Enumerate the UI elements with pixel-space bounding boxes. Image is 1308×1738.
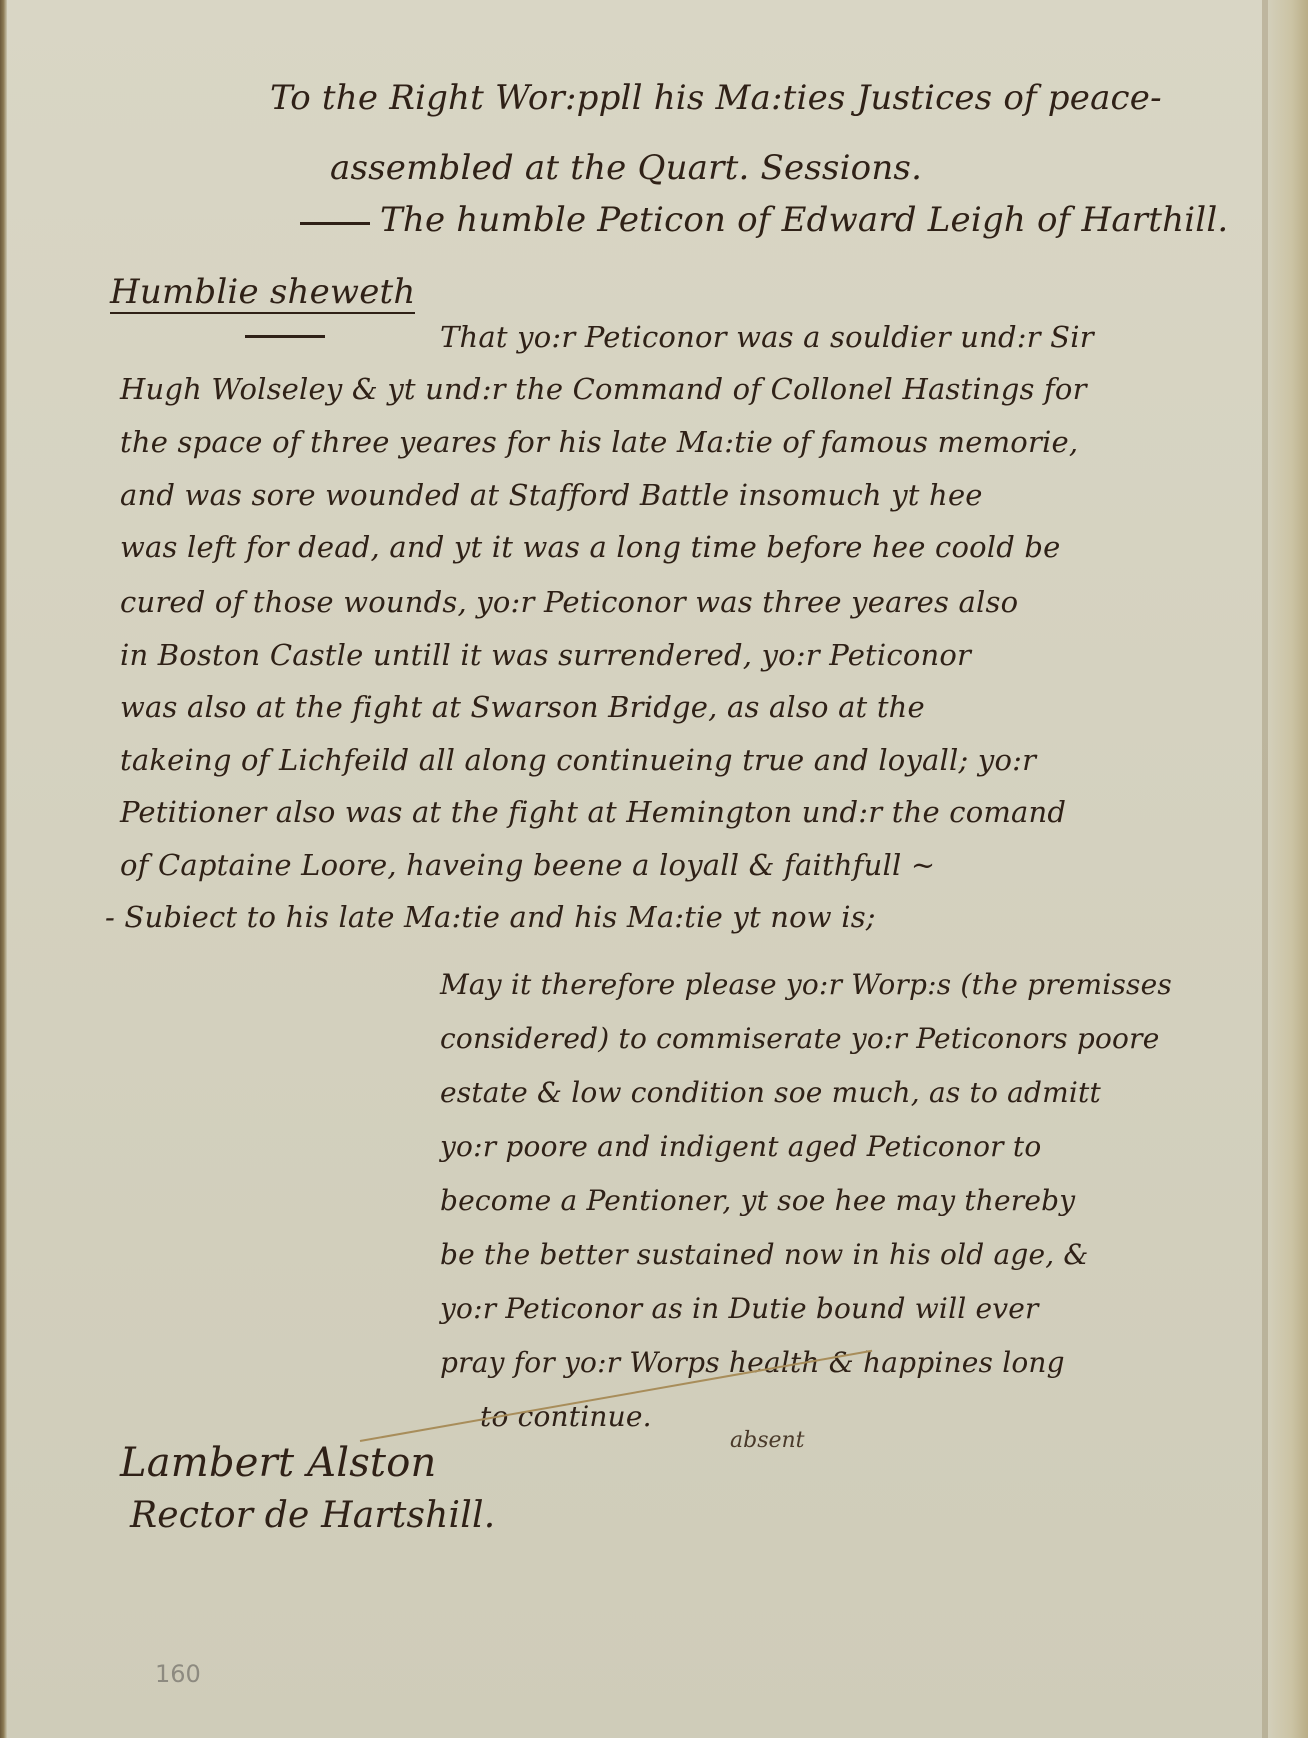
binding-edge [0, 0, 7, 1738]
address-line-2: assembled at the Quart. Sessions. [330, 148, 922, 188]
prayer-line-5: become a Pentioner, yt soe hee may there… [440, 1184, 1075, 1217]
body-line-6: cured of those wounds, yo:r Peticonor wa… [120, 585, 1018, 619]
marginal-note: absent [730, 1428, 805, 1453]
right-margin-strip [1268, 0, 1308, 1738]
prayer-line-8: pray for yo:r Worps health & happines lo… [440, 1346, 1065, 1379]
salutation-rule [245, 335, 325, 338]
folio-number: 160 [155, 1660, 201, 1688]
prayer-line-1: May it therefore please yo:r Worp:s (the… [440, 968, 1172, 1001]
address-line-1: To the Right Wor:ppll his Ma:ties Justic… [270, 78, 1162, 118]
body-line-1: That yo:r Peticonor was a souldier und:r… [440, 320, 1094, 354]
prayer-line-2: considered) to commiserate yo:r Peticono… [440, 1022, 1159, 1055]
prayer-line-4: yo:r poore and indigent aged Peticonor t… [440, 1130, 1041, 1163]
body-line-7: in Boston Castle untill it was surrender… [120, 638, 971, 672]
heading-dash [300, 222, 370, 225]
body-line-4: and was sore wounded at Stafford Battle … [120, 478, 983, 512]
signature-name: Lambert Alston [120, 1440, 436, 1486]
body-line-3: the space of three yeares for his late M… [120, 425, 1078, 459]
body-line-11: of Captaine Loore, haveing beene a loyal… [120, 848, 935, 882]
address-line-3: The humble Peticon of Edward Leigh of Ha… [380, 200, 1228, 240]
prayer-line-6: be the better sustained now in his old a… [440, 1238, 1089, 1271]
prayer-line-7: yo:r Peticonor as in Dutie bound will ev… [440, 1292, 1039, 1325]
body-line-12: - Subiect to his late Ma:tie and his Ma:… [105, 900, 876, 934]
prayer-line-3: estate & low condition soe much, as to a… [440, 1076, 1101, 1109]
body-line-9: takeing of Lichfeild all along continuei… [120, 743, 1036, 777]
salutation: Humblie sheweth [110, 272, 415, 314]
body-line-8: was also at the fight at Swarson Bridge,… [120, 690, 925, 724]
body-line-2: Hugh Wolseley & yt und:r the Command of … [120, 372, 1087, 406]
signature-title: Rector de Hartshill. [130, 1495, 495, 1536]
body-line-10: Petitioner also was at the fight at Hemi… [120, 795, 1066, 829]
body-line-5: was left for dead, and yt it was a long … [120, 530, 1061, 564]
